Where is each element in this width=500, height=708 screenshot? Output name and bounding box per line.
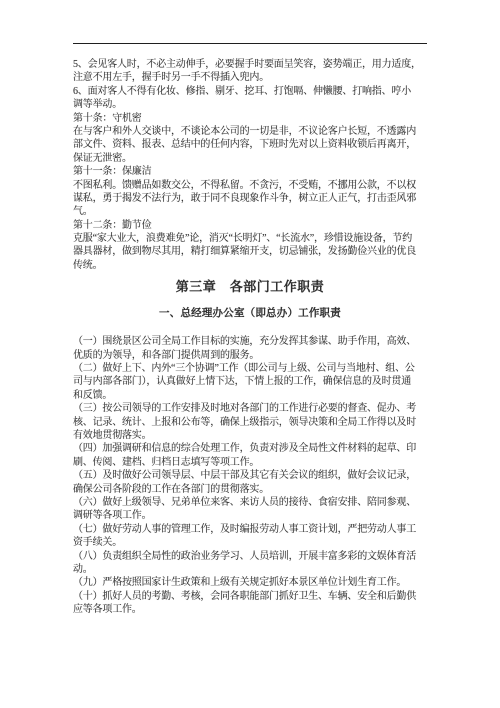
text-line: 谋私，勇于揭发不法行为，敢于同不良现象作斗争，树立正人正气，打击歪风邪	[73, 192, 427, 205]
text-line: 资手续关。	[73, 536, 427, 549]
text-line: 部文件、资料、报表、总结中的任何内容，下班时先对以上资料收锁后再离开，	[73, 138, 427, 151]
text-line: 克服“家大业大，浪费难免”论，消灭“长明灯”、“长流水”，珍惜设施设备，节约	[73, 232, 427, 245]
text-line: 5、会见客人时，不必主动伸手，必要握手时要面呈笑容，姿势端正，用力适度，	[73, 58, 427, 71]
text-line: 注意不用左手，握手时另一手不得插入兜内。	[73, 71, 427, 84]
text-line: 6、面对客人不得有化妆、修指、剔牙、挖耳、打饱嗝、伸懒腰、打响指、哼小	[73, 85, 427, 98]
document-content: 5、会见客人时，不必主动伸手，必要握手时要面呈笑容，姿势端正，用力适度，注意不用…	[73, 58, 427, 616]
text-line: （八）负责组织全局性的政治业务学习、人员培训，开展丰富多彩的文娱体育活	[73, 550, 427, 563]
conduct-rules-section: 5、会见客人时，不必主动伸手，必要握手时要面呈笑容，姿势端正，用力适度，注意不用…	[73, 58, 427, 272]
document-page: 5、会见客人时，不必主动伸手，必要握手时要面呈笑容，姿势端正，用力适度，注意不用…	[0, 0, 500, 708]
text-line: 和反馈。	[73, 389, 427, 402]
text-line: 保证无泄密。	[73, 152, 427, 165]
text-line: （二）做好上下、内外“三个协调”工作（即公司与上级、公司与当地村、组、公	[73, 362, 427, 375]
text-line: 动。	[73, 563, 427, 576]
text-line: （三）按公司领导的工作安排及时地对各部门的工作进行必要的督查、促办、考	[73, 402, 427, 415]
text-line: 在与客户和外人交谈中，不谈论本公司的一切是非，不议论客户长短，不透露内	[73, 125, 427, 138]
text-line: 器具器材，做到物尽其用，精打细算紧缩开支，切忌铺张，发扬勤俭兴业的优良	[73, 245, 427, 258]
text-line: （十）抓好人员的考勤、考核，会同各职能部门抓好卫生、车辆、安全和后勤供	[73, 590, 427, 603]
text-line: 应等各项工作。	[73, 603, 427, 616]
text-line: 刷、传阅、建档、归档日志填写等项工作。	[73, 456, 427, 469]
text-line: 第十一条：保廉洁	[73, 165, 427, 178]
text-line: 优质的为领导，和各部门提供周到的服务。	[73, 349, 427, 362]
text-line: 传统。	[73, 259, 427, 272]
text-line: （四）加强调研和信息的综合处理工作，负责对涉及全局性文件材料的起草、印	[73, 442, 427, 455]
text-line: （七）做好劳动人事的管理工作，及时编报劳动人事工资计划，严把劳动人事工	[73, 523, 427, 536]
chapter-heading: 第三章 各部门工作职责	[73, 277, 427, 296]
text-line: 第十条：守机密	[73, 112, 427, 125]
text-line: 核、记录、统计、上报和公布等，确保上级指示，领导决策和全局工作得以及时	[73, 416, 427, 429]
text-line: 确保公司各阶段的工作在各部门的贯彻落实。	[73, 483, 427, 496]
text-line: （五）及时做好公司领导层、中层干部及其它有关会议的组织，做好会议记录，	[73, 469, 427, 482]
text-line: （六）做好上级领导、兄弟单位来客、来访人员的接待、食宿安排、陪同参观、	[73, 496, 427, 509]
text-line: 调等举动。	[73, 98, 427, 111]
text-line: 调研等各项工作。	[73, 509, 427, 522]
section-heading: 一、总经理办公室（即总办）工作职责	[73, 306, 427, 321]
header-rule	[73, 43, 427, 44]
text-line: 气。	[73, 205, 427, 218]
text-line: 第十二条：勤节俭	[73, 219, 427, 232]
text-line: （九）严格按照国家计生政策和上级有关规定抓好本景区单位计划生育工作。	[73, 576, 427, 589]
text-line: 司与内部各部门），认真做好上情下达，下情上报的工作，确保信息的及时贯通	[73, 375, 427, 388]
text-line: （一）围绕景区公司全局工作目标的实施，充分发挥其参谋、助手作用，高效、	[73, 335, 427, 348]
text-line: 有效地贯彻落实。	[73, 429, 427, 442]
general-office-duties-section: （一）围绕景区公司全局工作目标的实施，充分发挥其参谋、助手作用，高效、优质的为领…	[73, 335, 427, 616]
text-line: 不图私利。馈赠品如数交公，不得私留。不贪污，不受贿，不挪用公款，不以权	[73, 179, 427, 192]
